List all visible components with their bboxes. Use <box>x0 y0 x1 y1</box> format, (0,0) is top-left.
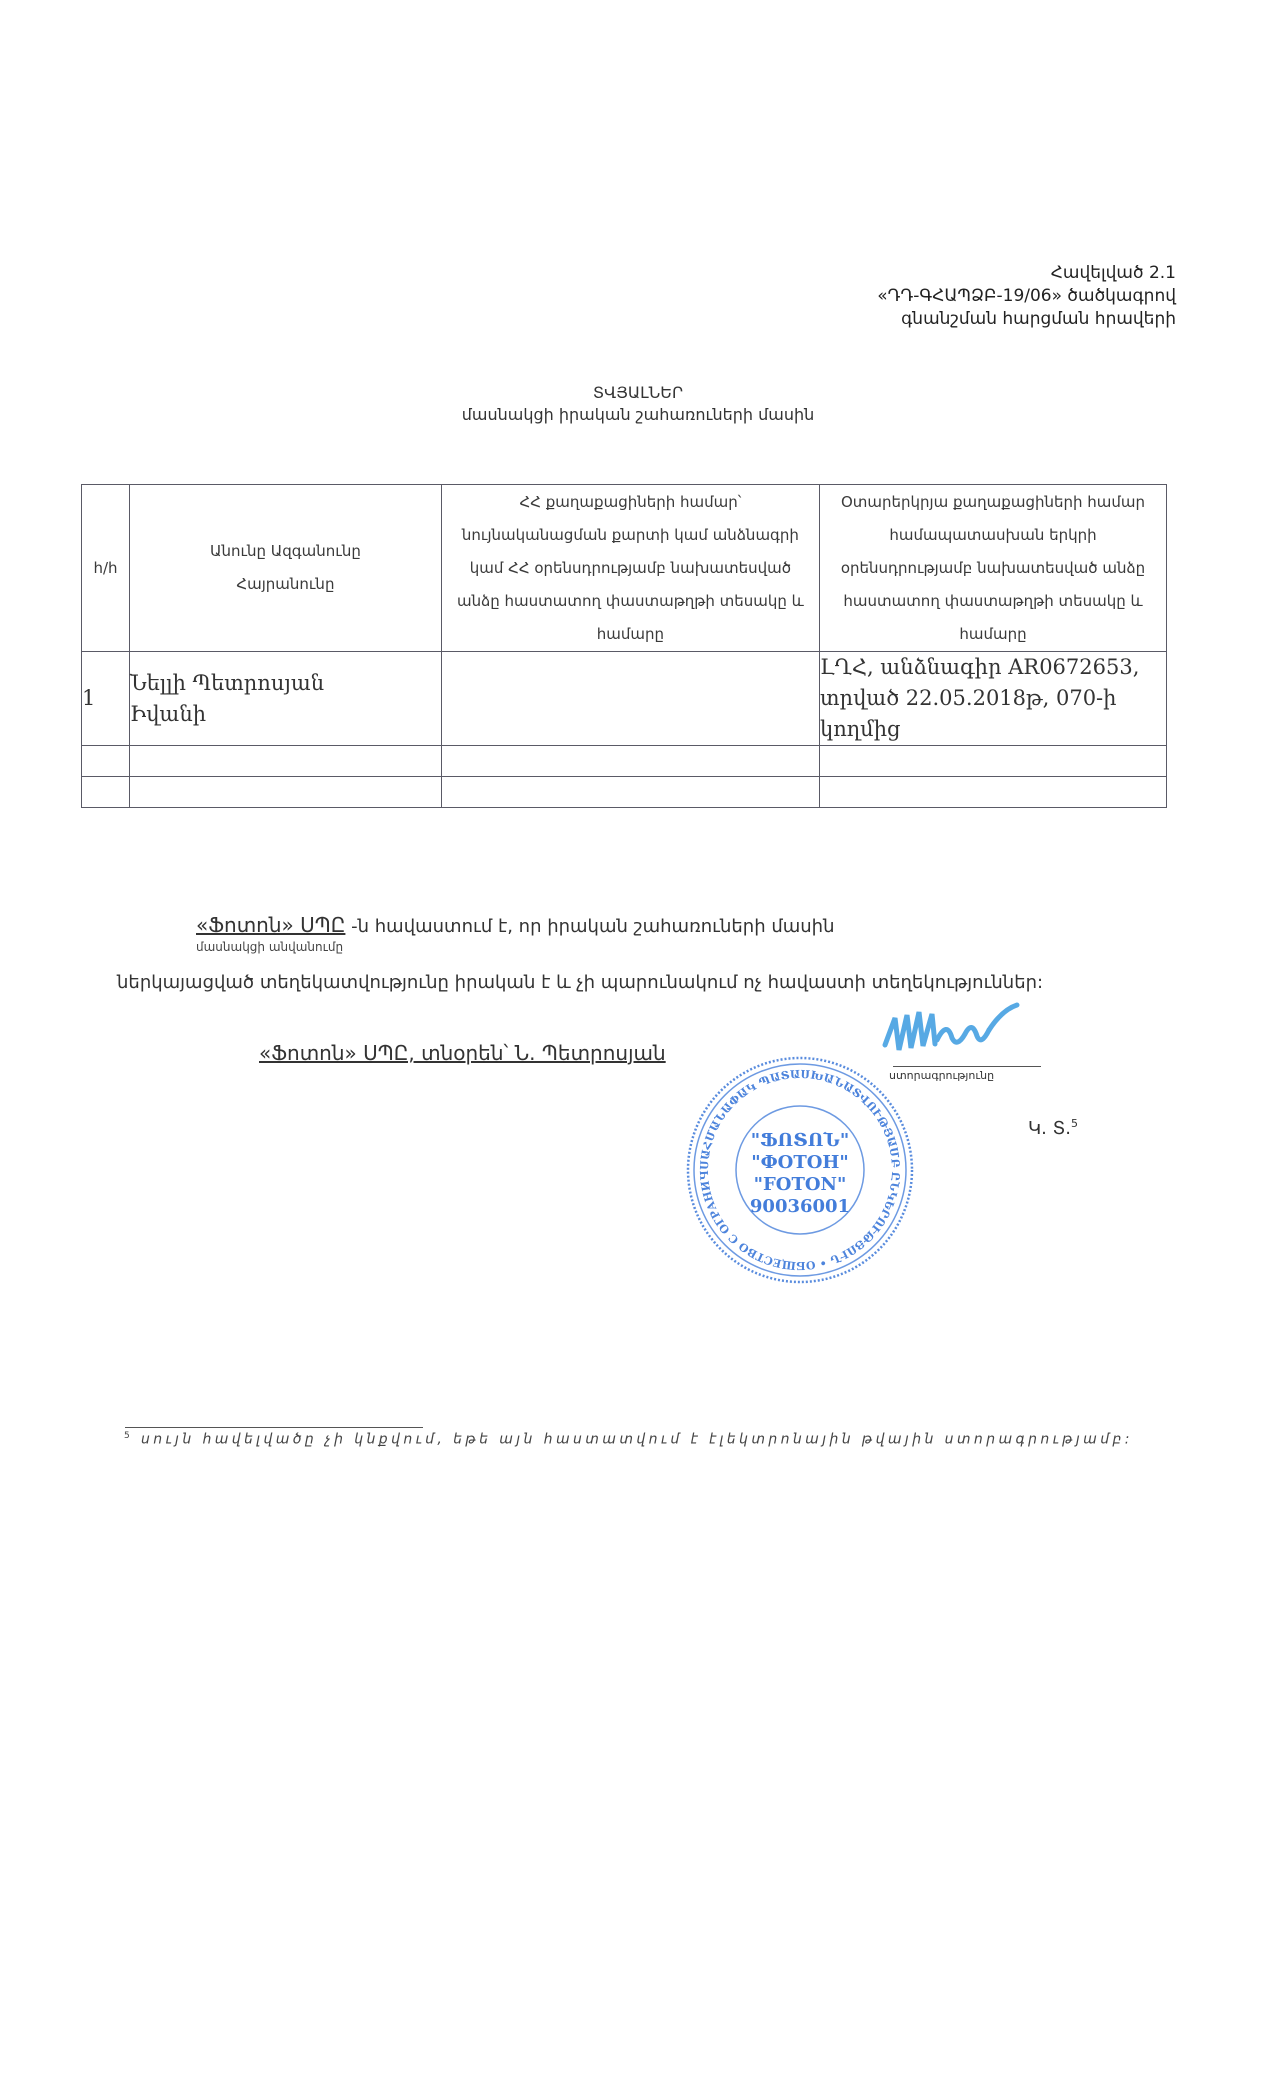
stamp-line-1: "ՖՈՏՈՆ" <box>751 1130 849 1151</box>
header-name: Անունը Ազգանունը Հայրանունը <box>129 485 441 652</box>
annex-code: «ԴԴ-ԳՀԱՊՁԲ-19/06» ծածկագրով <box>877 285 1176 308</box>
row-name <box>129 746 441 777</box>
confirmation-line-2: ներկայացված տեղեկատվությունը իրական է և … <box>117 972 1043 993</box>
header-number: հ/հ <box>82 485 130 652</box>
row-name <box>129 777 441 808</box>
table-header-row: հ/հ Անունը Ազգանունը Հայրանունը ՀՀ քաղաք… <box>82 485 1167 652</box>
footnote-text: սույն հավելվածը չի կնքվում, եթե այն հաստ… <box>141 1432 1133 1448</box>
row-am-doc <box>441 746 819 777</box>
beneficiaries-table: հ/հ Անունը Ազգանունը Հայրանունը ՀՀ քաղաք… <box>81 484 1167 808</box>
company-stamp: ՍԱՀՄԱՆԱՓԱԿ ՊԱՏԱՍԽԱՆԱՏՎՈՒԹՅԱՄԲ ԸՆԿԵՐՈՒԹՅՈ… <box>680 1050 920 1290</box>
row-number <box>82 746 130 777</box>
document-title: ՏՎՅԱԼՆԵՐ մասնակցի իրական շահառուների մաս… <box>0 382 1276 426</box>
annex-header: Հավելված 2.1 «ԴԴ-ԳՀԱՊՁԲ-19/06» ծածկագրով… <box>877 262 1176 331</box>
row-foreign-doc: ԼՂՀ, անձնագիր AR0672653, տրված 22.05.201… <box>820 652 1167 746</box>
row-number: 1 <box>82 652 130 746</box>
footnote-ref: 5 <box>124 1431 133 1441</box>
title-sub: մասնակցի իրական շահառուների մասին <box>0 404 1276 426</box>
row-foreign-doc <box>820 777 1167 808</box>
row-foreign-doc <box>820 746 1167 777</box>
row-am-doc <box>441 652 819 746</box>
table-row: 1 Նելլի Պետրոսյան Իվանի ԼՂՀ, անձնագիր AR… <box>82 652 1167 746</box>
table-row <box>82 777 1167 808</box>
seal-mark-text: Կ. Տ. <box>1028 1118 1071 1139</box>
participant-name-label: մասնակցի անվանումը <box>196 940 343 954</box>
annex-ref: գնանշման հարցման հրավերի <box>877 308 1176 331</box>
footnote-separator <box>125 1427 423 1428</box>
table-row <box>82 746 1167 777</box>
confirmation-line-1: «Ֆոտոն» ՍՊԸ -ն հավաստում է, որ իրական շա… <box>196 913 835 937</box>
confirmation-text-1: -ն հավաստում է, որ իրական շահառուների մա… <box>345 916 834 937</box>
title-main: ՏՎՅԱԼՆԵՐ <box>0 382 1276 404</box>
participant-name: «Ֆոտոն» ՍՊԸ <box>196 913 345 937</box>
stamp-line-2: "ФОТОН" <box>751 1152 849 1173</box>
footnote: 5 սույն հավելվածը չի կնքվում, եթե այն հա… <box>124 1431 1133 1448</box>
seal-footnote-ref: 5 <box>1071 1117 1078 1130</box>
header-am-doc: ՀՀ քաղաքացիների համար՝ նույնականացման քա… <box>441 485 819 652</box>
header-foreign-doc: Օտարերկրյա քաղաքացիների համար համապատասխ… <box>820 485 1167 652</box>
signer-name: «Ֆոտոն» ՍՊԸ, տնօրեն՝ Ն. Պետրոսյան <box>259 1041 666 1065</box>
seal-place-mark: Կ. Տ.5 <box>1028 1117 1078 1139</box>
row-number <box>82 777 130 808</box>
annex-number: Հավելված 2.1 <box>877 262 1176 285</box>
row-name: Նելլի Պետրոսյան Իվանի <box>129 652 441 746</box>
row-am-doc <box>441 777 819 808</box>
stamp-line-4: 90036001 <box>750 1196 850 1217</box>
stamp-line-3: "FOTON" <box>754 1174 847 1195</box>
